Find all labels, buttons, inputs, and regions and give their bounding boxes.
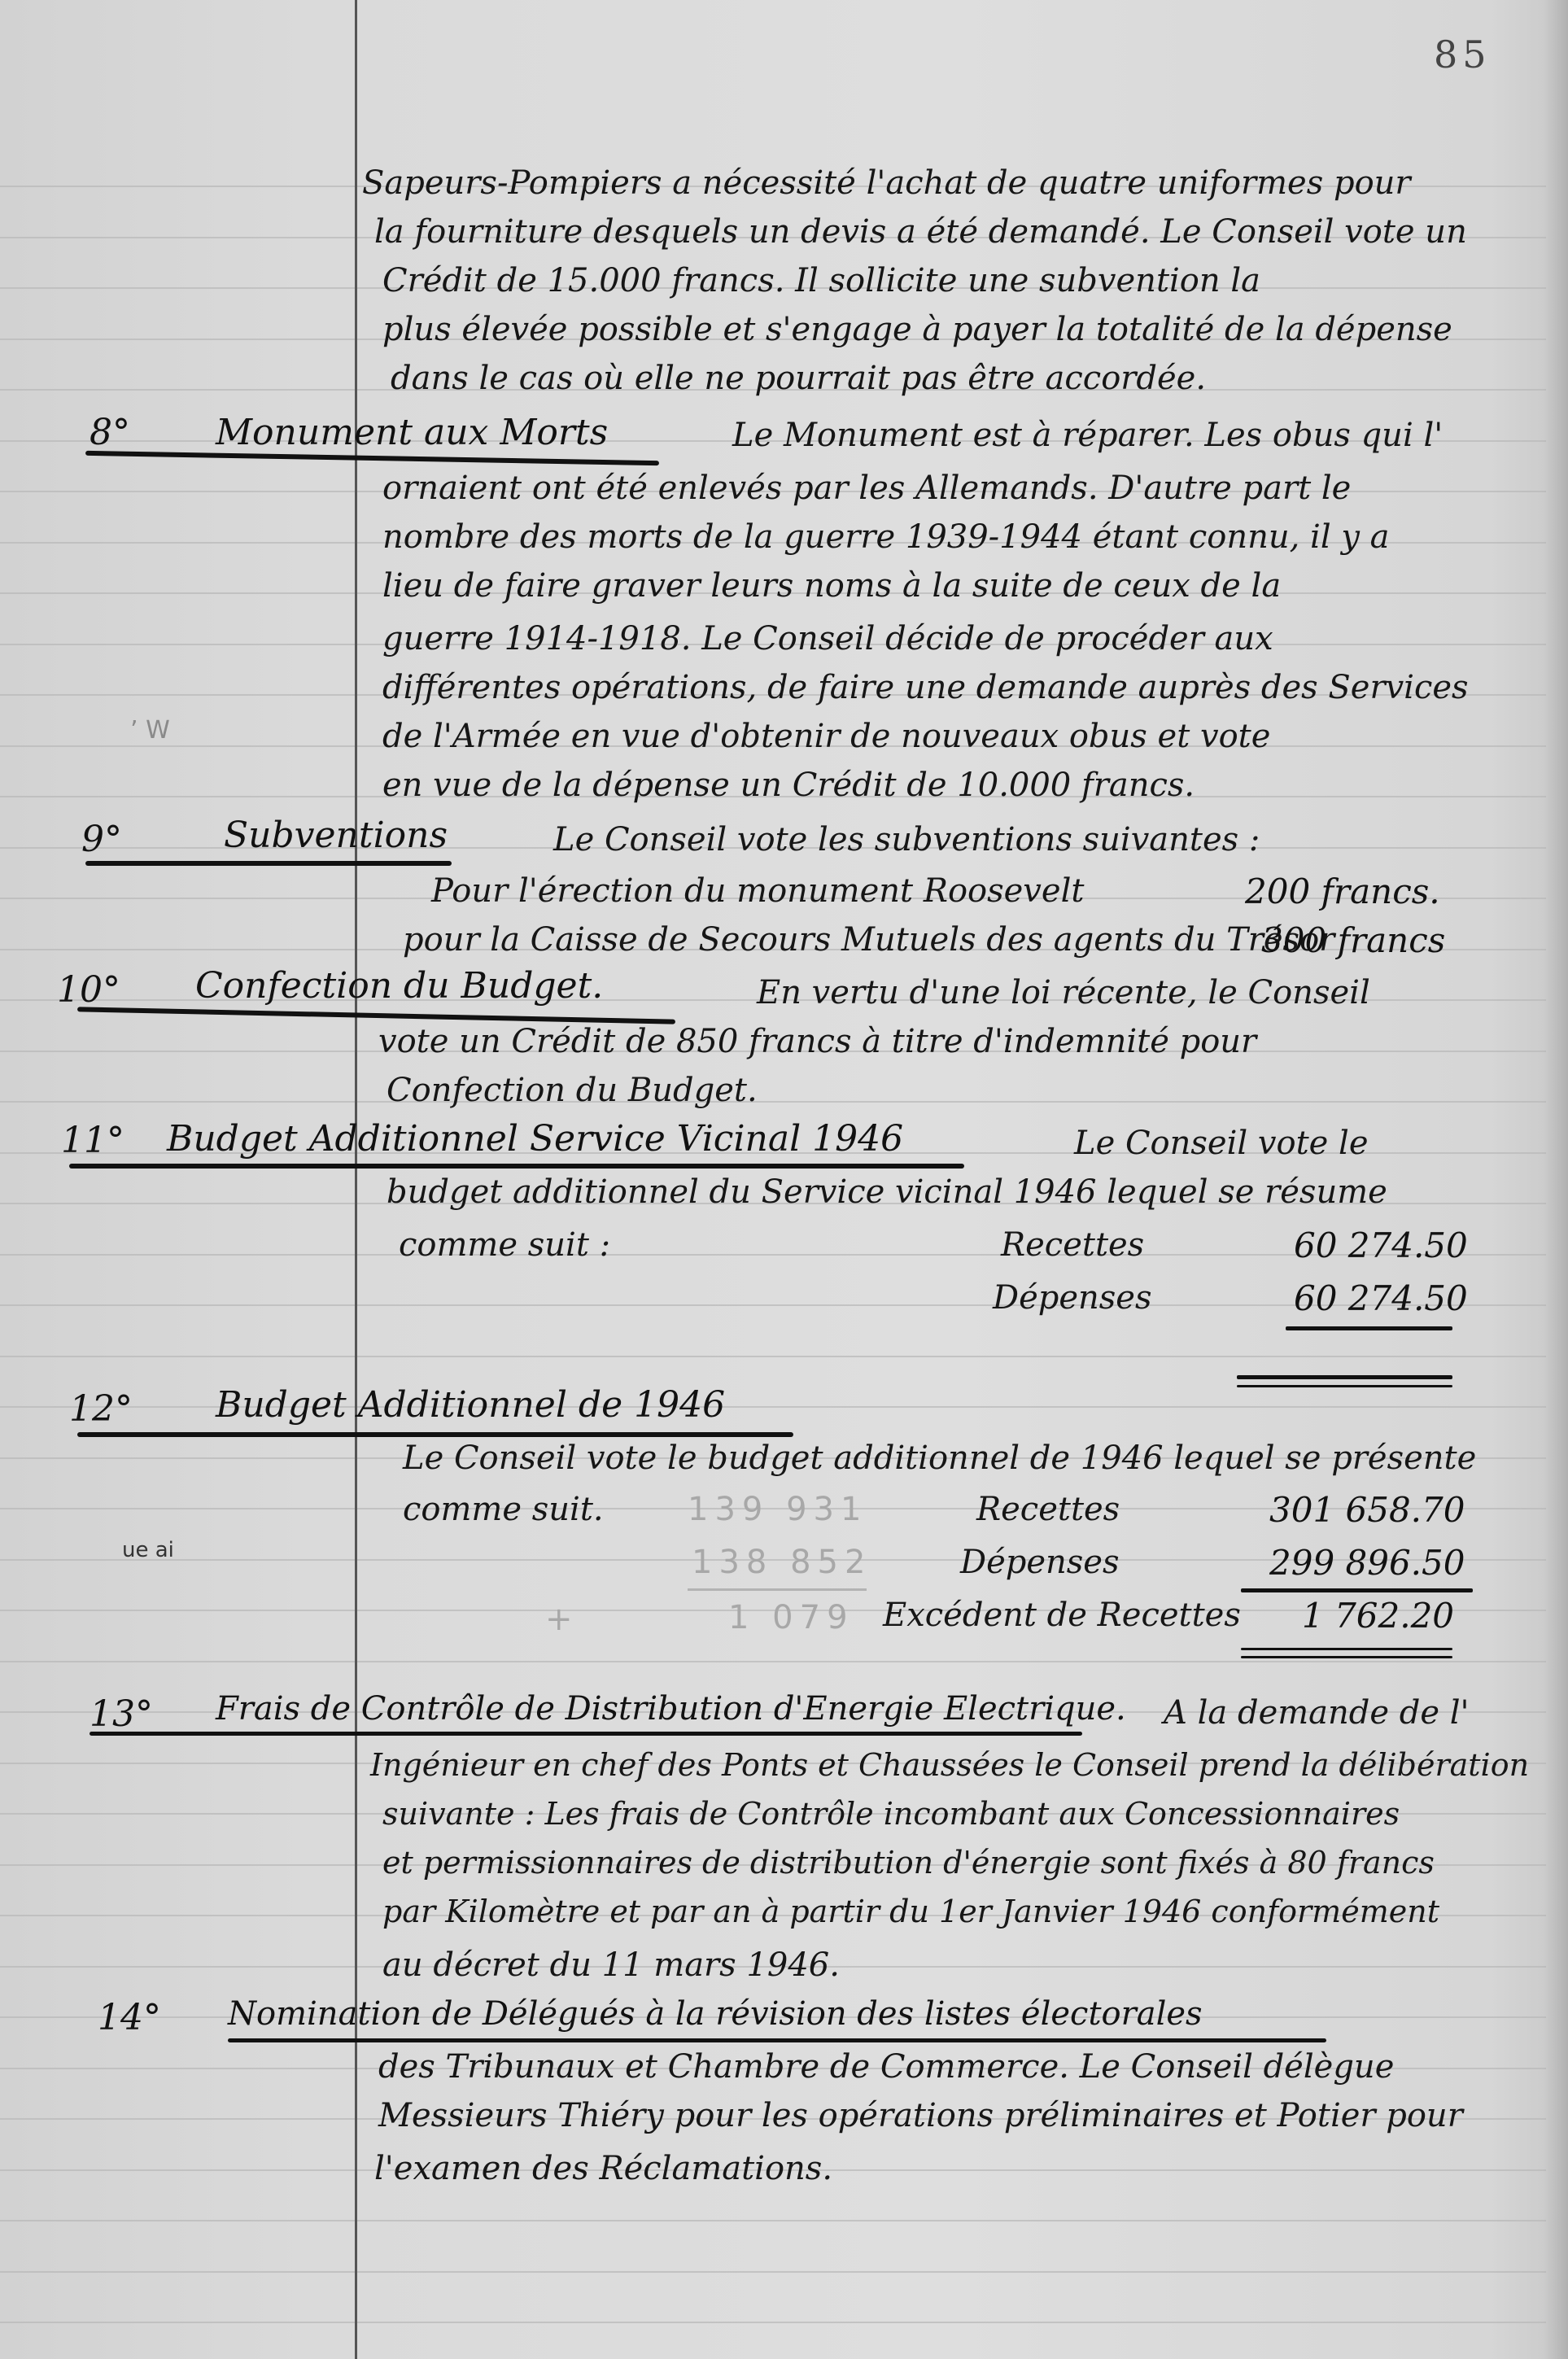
total-amount: 301 658.70 [1269, 1493, 1465, 1527]
total-amount: 299 896.50 [1269, 1546, 1465, 1580]
margin-mark: ’ W [130, 716, 170, 745]
section-number: 12° [69, 1391, 133, 1427]
text-line: Crédit de 15.000 francs. Il sollicite un… [382, 264, 1260, 297]
text-line: de l'Armée en vue d'obtenir de nouveaux … [382, 720, 1270, 753]
subvention-amount: 300 francs [1261, 924, 1445, 958]
text-line: l'examen des Réclamations. [374, 2152, 832, 2185]
total-amount: 60 274.50 [1294, 1282, 1468, 1316]
title-underline [77, 1007, 675, 1024]
text-line: Le Monument est à réparer. Les obus qui … [732, 419, 1443, 452]
ruled-line [0, 1661, 1546, 1662]
text-line: la fourniture desquels un devis a été de… [374, 216, 1467, 248]
sum-underline [1241, 1588, 1473, 1592]
text-line: nombre des morts de la guerre 1939-1944 … [382, 521, 1390, 553]
total-label: Dépenses [960, 1546, 1120, 1579]
text-line: Messieurs Thiéry pour les opérations pré… [378, 2099, 1463, 2132]
total-label: Recettes [976, 1493, 1120, 1526]
total-amount: 1 762.20 [1302, 1599, 1454, 1633]
text-line: Le Conseil vote le budget additionnel de… [403, 1442, 1476, 1474]
text-line: lieu de faire graver leurs noms à la sui… [382, 570, 1281, 602]
section-number: 10° [57, 972, 120, 1008]
text-line: vote un Crédit de 850 francs à titre d'i… [378, 1025, 1256, 1058]
section-title: Subventions [224, 818, 448, 854]
title-underline [90, 1732, 1082, 1736]
pencil-note: 1 079 [728, 1601, 854, 1634]
ruled-line [0, 1101, 1546, 1103]
title-underline [69, 1164, 964, 1169]
text-line: dans le cas où elle ne pourrait pas être… [391, 362, 1206, 395]
pencil-note: 139 931 [688, 1493, 867, 1526]
total-label: Excédent de Recettes [883, 1599, 1241, 1632]
double-underline [1241, 1648, 1452, 1650]
text-line: différentes opérations, de faire une dem… [382, 671, 1469, 704]
text-line: suivante : Les frais de Contrôle incomba… [382, 1798, 1400, 1829]
section-number: 9° [81, 822, 122, 858]
ruled-line [0, 2271, 1546, 2273]
section-title: Budget Additionnel Service Vicinal 1946 [167, 1121, 903, 1157]
title-underline [85, 861, 452, 866]
pencil-plus: + [545, 1603, 579, 1636]
total-label: Dépenses [993, 1282, 1152, 1314]
page-number: 85 [1434, 33, 1492, 76]
subvention-label: pour la Caisse de Secours Mutuels des ag… [403, 924, 1334, 956]
section-title: Confection du Budget. [195, 968, 603, 1004]
text-line: au décret du 11 mars 1946. [382, 1949, 840, 1981]
ruled-line [0, 1356, 1546, 1357]
text-line: ornaient ont été enlevés par les Alleman… [382, 472, 1351, 505]
section-title: Budget Additionnel de 1946 [216, 1387, 725, 1423]
section-title: Monument aux Morts [216, 415, 608, 451]
section-number: 13° [90, 1697, 153, 1732]
pencil-note: 138 852 [692, 1546, 871, 1579]
text-line: des Tribunaux et Chambre de Commerce. Le… [378, 2051, 1394, 2083]
double-underline [1237, 1375, 1452, 1379]
text-line: budget additionnel du Service vicinal 19… [387, 1176, 1387, 1208]
text-line: par Kilomètre et par an à partir du 1er … [382, 1896, 1439, 1927]
text-line: Le Conseil vote le [1074, 1127, 1369, 1160]
text-line: Ingénieur en chef des Ponts et Chaussées… [370, 1750, 1529, 1780]
text-line: plus élevée possible et s'engage à payer… [382, 313, 1452, 346]
pencil-underline [688, 1588, 867, 1591]
subvention-label: Pour l'érection du monument Roosevelt [431, 875, 1084, 907]
sum-underline [1286, 1326, 1452, 1330]
margin-mark: ue ai [122, 1538, 174, 1562]
double-underline [1241, 1656, 1452, 1658]
text-line: comme suit : [399, 1229, 610, 1261]
title-underline [77, 1432, 793, 1437]
text-line: comme suit. [403, 1493, 604, 1526]
ledger-page: 85 ’ W ue ai Sapeurs-Pompiers a nécessit… [0, 0, 1568, 2359]
double-underline [1237, 1385, 1452, 1387]
section-title: Frais de Contrôle de Distribution d'Ener… [216, 1693, 1126, 1725]
ruled-line [0, 2322, 1546, 2323]
subvention-amount: 200 francs. [1245, 875, 1440, 909]
section-title: Nomination de Délégués à la révision des… [228, 1998, 1203, 2030]
section-number: 11° [61, 1123, 124, 1159]
text-line: Confection du Budget. [387, 1074, 758, 1107]
page-edge-shadow [1544, 0, 1568, 2359]
text-line: Sapeurs-Pompiers a nécessité l'achat de … [362, 167, 1411, 199]
text-line: et permissionnaires de distribution d'én… [382, 1847, 1435, 1878]
ruled-line [0, 2220, 1546, 2221]
total-amount: 60 274.50 [1294, 1229, 1468, 1263]
text-line: Le Conseil vote les subventions suivante… [553, 823, 1260, 856]
total-label: Recettes [1001, 1229, 1144, 1261]
section-number: 14° [98, 2000, 161, 2036]
text-line: A la demande de l' [1164, 1697, 1470, 1729]
title-underline [228, 2038, 1326, 2042]
text-line: guerre 1914-1918. Le Conseil décide de p… [382, 623, 1273, 655]
section-number: 8° [90, 415, 130, 451]
text-line: En vertu d'une loi récente, le Conseil [757, 976, 1370, 1009]
text-line: en vue de la dépense un Crédit de 10.000… [382, 769, 1195, 802]
